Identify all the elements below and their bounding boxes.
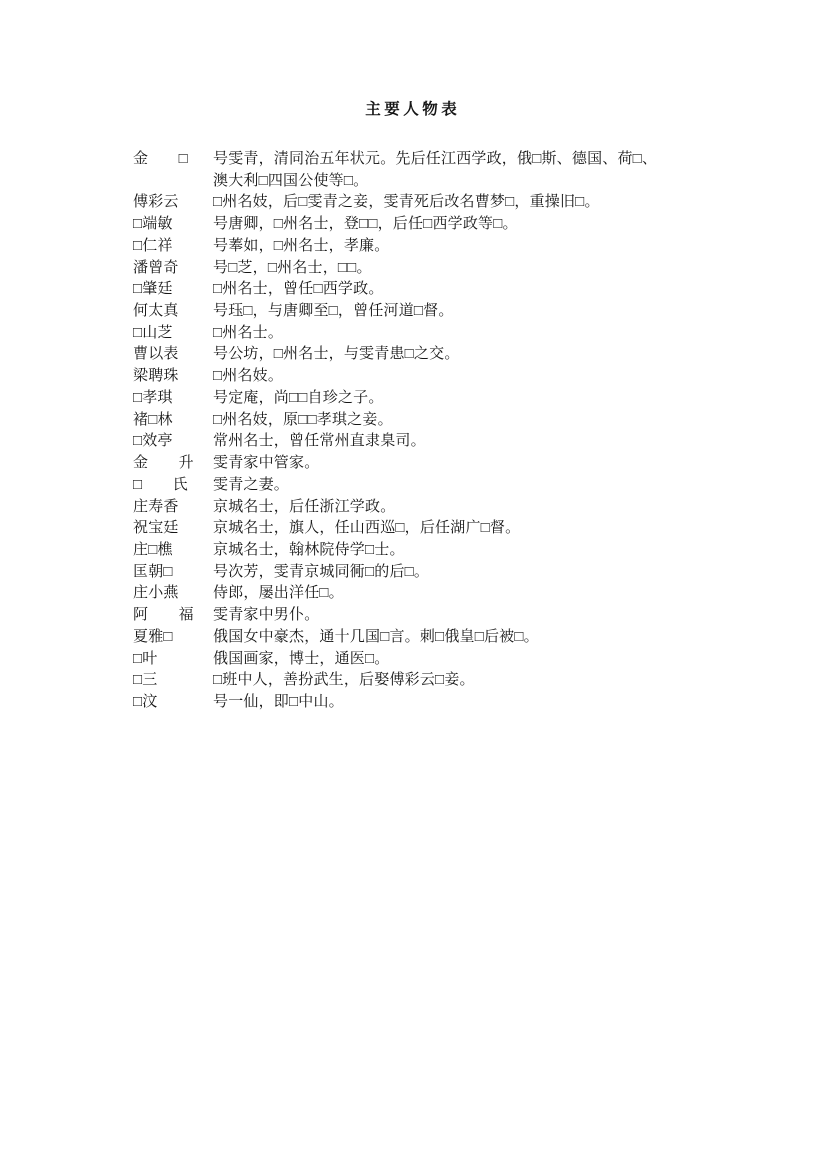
- character-description: 京城名士，翰林院侍学□士。: [213, 539, 670, 561]
- character-name: 傅彩云: [133, 191, 213, 213]
- character-name: 祝宝廷: [133, 517, 213, 539]
- character-name: □效亭: [133, 430, 213, 452]
- character-description: □州名妓。: [213, 365, 670, 387]
- list-item: 阿 福 雯青家中男仆。: [133, 604, 693, 626]
- list-item: 潘曾奇 号□芝，□州名士，□□。: [133, 257, 693, 279]
- list-item: □肇廷 □州名士，曾任□西学政。: [133, 278, 693, 300]
- list-item: 曹以表 号公坊，□州名士，与雯青患□之交。: [133, 343, 693, 365]
- character-name: □叶: [133, 648, 213, 670]
- list-item: 庄寿香 京城名士，后任浙江学政。: [133, 496, 693, 518]
- character-description: □州名妓，原□□孝琪之妾。: [213, 409, 670, 431]
- list-item: □仁祥 号菶如，□州名士，孝廉。: [133, 235, 693, 257]
- character-description: 号菶如，□州名士，孝廉。: [213, 235, 670, 257]
- character-description: 俄国画家，博士，通医□。: [213, 648, 670, 670]
- list-item: 祝宝廷 京城名士，旗人，任山西巡□，后任湖广□督。: [133, 517, 693, 539]
- list-item: 金 升 雯青家中管家。: [133, 452, 693, 474]
- list-item: 何太真 号珏□，与唐卿至□，曾任河道□督。: [133, 300, 693, 322]
- character-description: 侍郎，屡出洋任□。: [213, 582, 670, 604]
- character-description: 号雯青，清同治五年状元。先后任江西学政，俄□斯、德国、荷□、澳大利□四国公使等□…: [213, 148, 670, 191]
- character-description: □班中人，善扮武生，后娶傅彩云□妾。: [213, 669, 670, 691]
- list-item: □效亭 常州名士，曾任常州直隶臬司。: [133, 430, 693, 452]
- list-item: 庄□樵 京城名士，翰林院侍学□士。: [133, 539, 693, 561]
- list-item: 金 □ 号雯青，清同治五年状元。先后任江西学政，俄□斯、德国、荷□、澳大利□四国…: [133, 148, 693, 191]
- character-name: 夏雅□: [133, 626, 213, 648]
- list-item: 梁聘珠 □州名妓。: [133, 365, 693, 387]
- character-description: 雯青家中管家。: [213, 452, 670, 474]
- character-list: 金 □ 号雯青，清同治五年状元。先后任江西学政，俄□斯、德国、荷□、澳大利□四国…: [133, 148, 693, 713]
- character-name: □肇廷: [133, 278, 213, 300]
- character-name: □汶: [133, 691, 213, 713]
- character-description: □州名士，曾任□西学政。: [213, 278, 670, 300]
- page-title: 主要人物表: [0, 97, 822, 119]
- character-name: 金 □: [133, 148, 213, 170]
- character-name: □仁祥: [133, 235, 213, 257]
- list-item: □汶 号一仙，即□中山。: [133, 691, 693, 713]
- character-description: 雯青之妻。: [213, 474, 670, 496]
- list-item: 褚□林 □州名妓，原□□孝琪之妾。: [133, 409, 693, 431]
- list-item: □端敏 号唐卿，□州名士，登□□，后任□西学政等□。: [133, 213, 693, 235]
- document-page: 主要人物表 金 □ 号雯青，清同治五年状元。先后任江西学政，俄□斯、德国、荷□、…: [0, 0, 822, 1161]
- character-name: □端敏: [133, 213, 213, 235]
- character-description: 京城名士，旗人，任山西巡□，后任湖广□督。: [213, 517, 670, 539]
- list-item: 夏雅□ 俄国女中豪杰，通十几国□言。刺□俄皇□后被□。: [133, 626, 693, 648]
- character-name: 匡朝□: [133, 561, 213, 583]
- list-item: □叶 俄国画家，博士，通医□。: [133, 648, 693, 670]
- character-name: 梁聘珠: [133, 365, 213, 387]
- character-description: 号珏□，与唐卿至□，曾任河道□督。: [213, 300, 670, 322]
- list-item: □三 □班中人，善扮武生，后娶傅彩云□妾。: [133, 669, 693, 691]
- character-name: 褚□林: [133, 409, 213, 431]
- character-description: 号一仙，即□中山。: [213, 691, 670, 713]
- list-item: 匡朝□ 号次芳，雯青京城同衕□的后□。: [133, 561, 693, 583]
- character-name: 庄小燕: [133, 582, 213, 604]
- character-description: 雯青家中男仆。: [213, 604, 670, 626]
- character-description: □州名妓，后□雯青之妾，雯青死后改名曹梦□，重操旧□。: [213, 191, 670, 213]
- list-item: □孝琪 号定庵，尚□□自珍之子。: [133, 387, 693, 409]
- character-name: 曹以表: [133, 343, 213, 365]
- character-description: □州名士。: [213, 322, 670, 344]
- list-item: □山芝 □州名士。: [133, 322, 693, 344]
- character-description: 号唐卿，□州名士，登□□，后任□西学政等□。: [213, 213, 670, 235]
- character-description: 号公坊，□州名士，与雯青患□之交。: [213, 343, 670, 365]
- character-name: 潘曾奇: [133, 257, 213, 279]
- character-name: 何太真: [133, 300, 213, 322]
- list-item: 庄小燕 侍郎，屡出洋任□。: [133, 582, 693, 604]
- character-name: □山芝: [133, 322, 213, 344]
- character-description: 常州名士，曾任常州直隶臬司。: [213, 430, 670, 452]
- character-name: 庄寿香: [133, 496, 213, 518]
- character-description: 号定庵，尚□□自珍之子。: [213, 387, 670, 409]
- character-description: 京城名士，后任浙江学政。: [213, 496, 670, 518]
- character-description: 号次芳，雯青京城同衕□的后□。: [213, 561, 670, 583]
- character-name: □ 氏: [133, 474, 213, 496]
- character-name: 庄□樵: [133, 539, 213, 561]
- character-description: 俄国女中豪杰，通十几国□言。刺□俄皇□后被□。: [213, 626, 670, 648]
- character-name: 金 升: [133, 452, 213, 474]
- character-name: □三: [133, 669, 213, 691]
- character-name: 阿 福: [133, 604, 213, 626]
- list-item: □ 氏 雯青之妻。: [133, 474, 693, 496]
- character-name: □孝琪: [133, 387, 213, 409]
- list-item: 傅彩云 □州名妓，后□雯青之妾，雯青死后改名曹梦□，重操旧□。: [133, 191, 693, 213]
- character-description: 号□芝，□州名士，□□。: [213, 257, 670, 279]
